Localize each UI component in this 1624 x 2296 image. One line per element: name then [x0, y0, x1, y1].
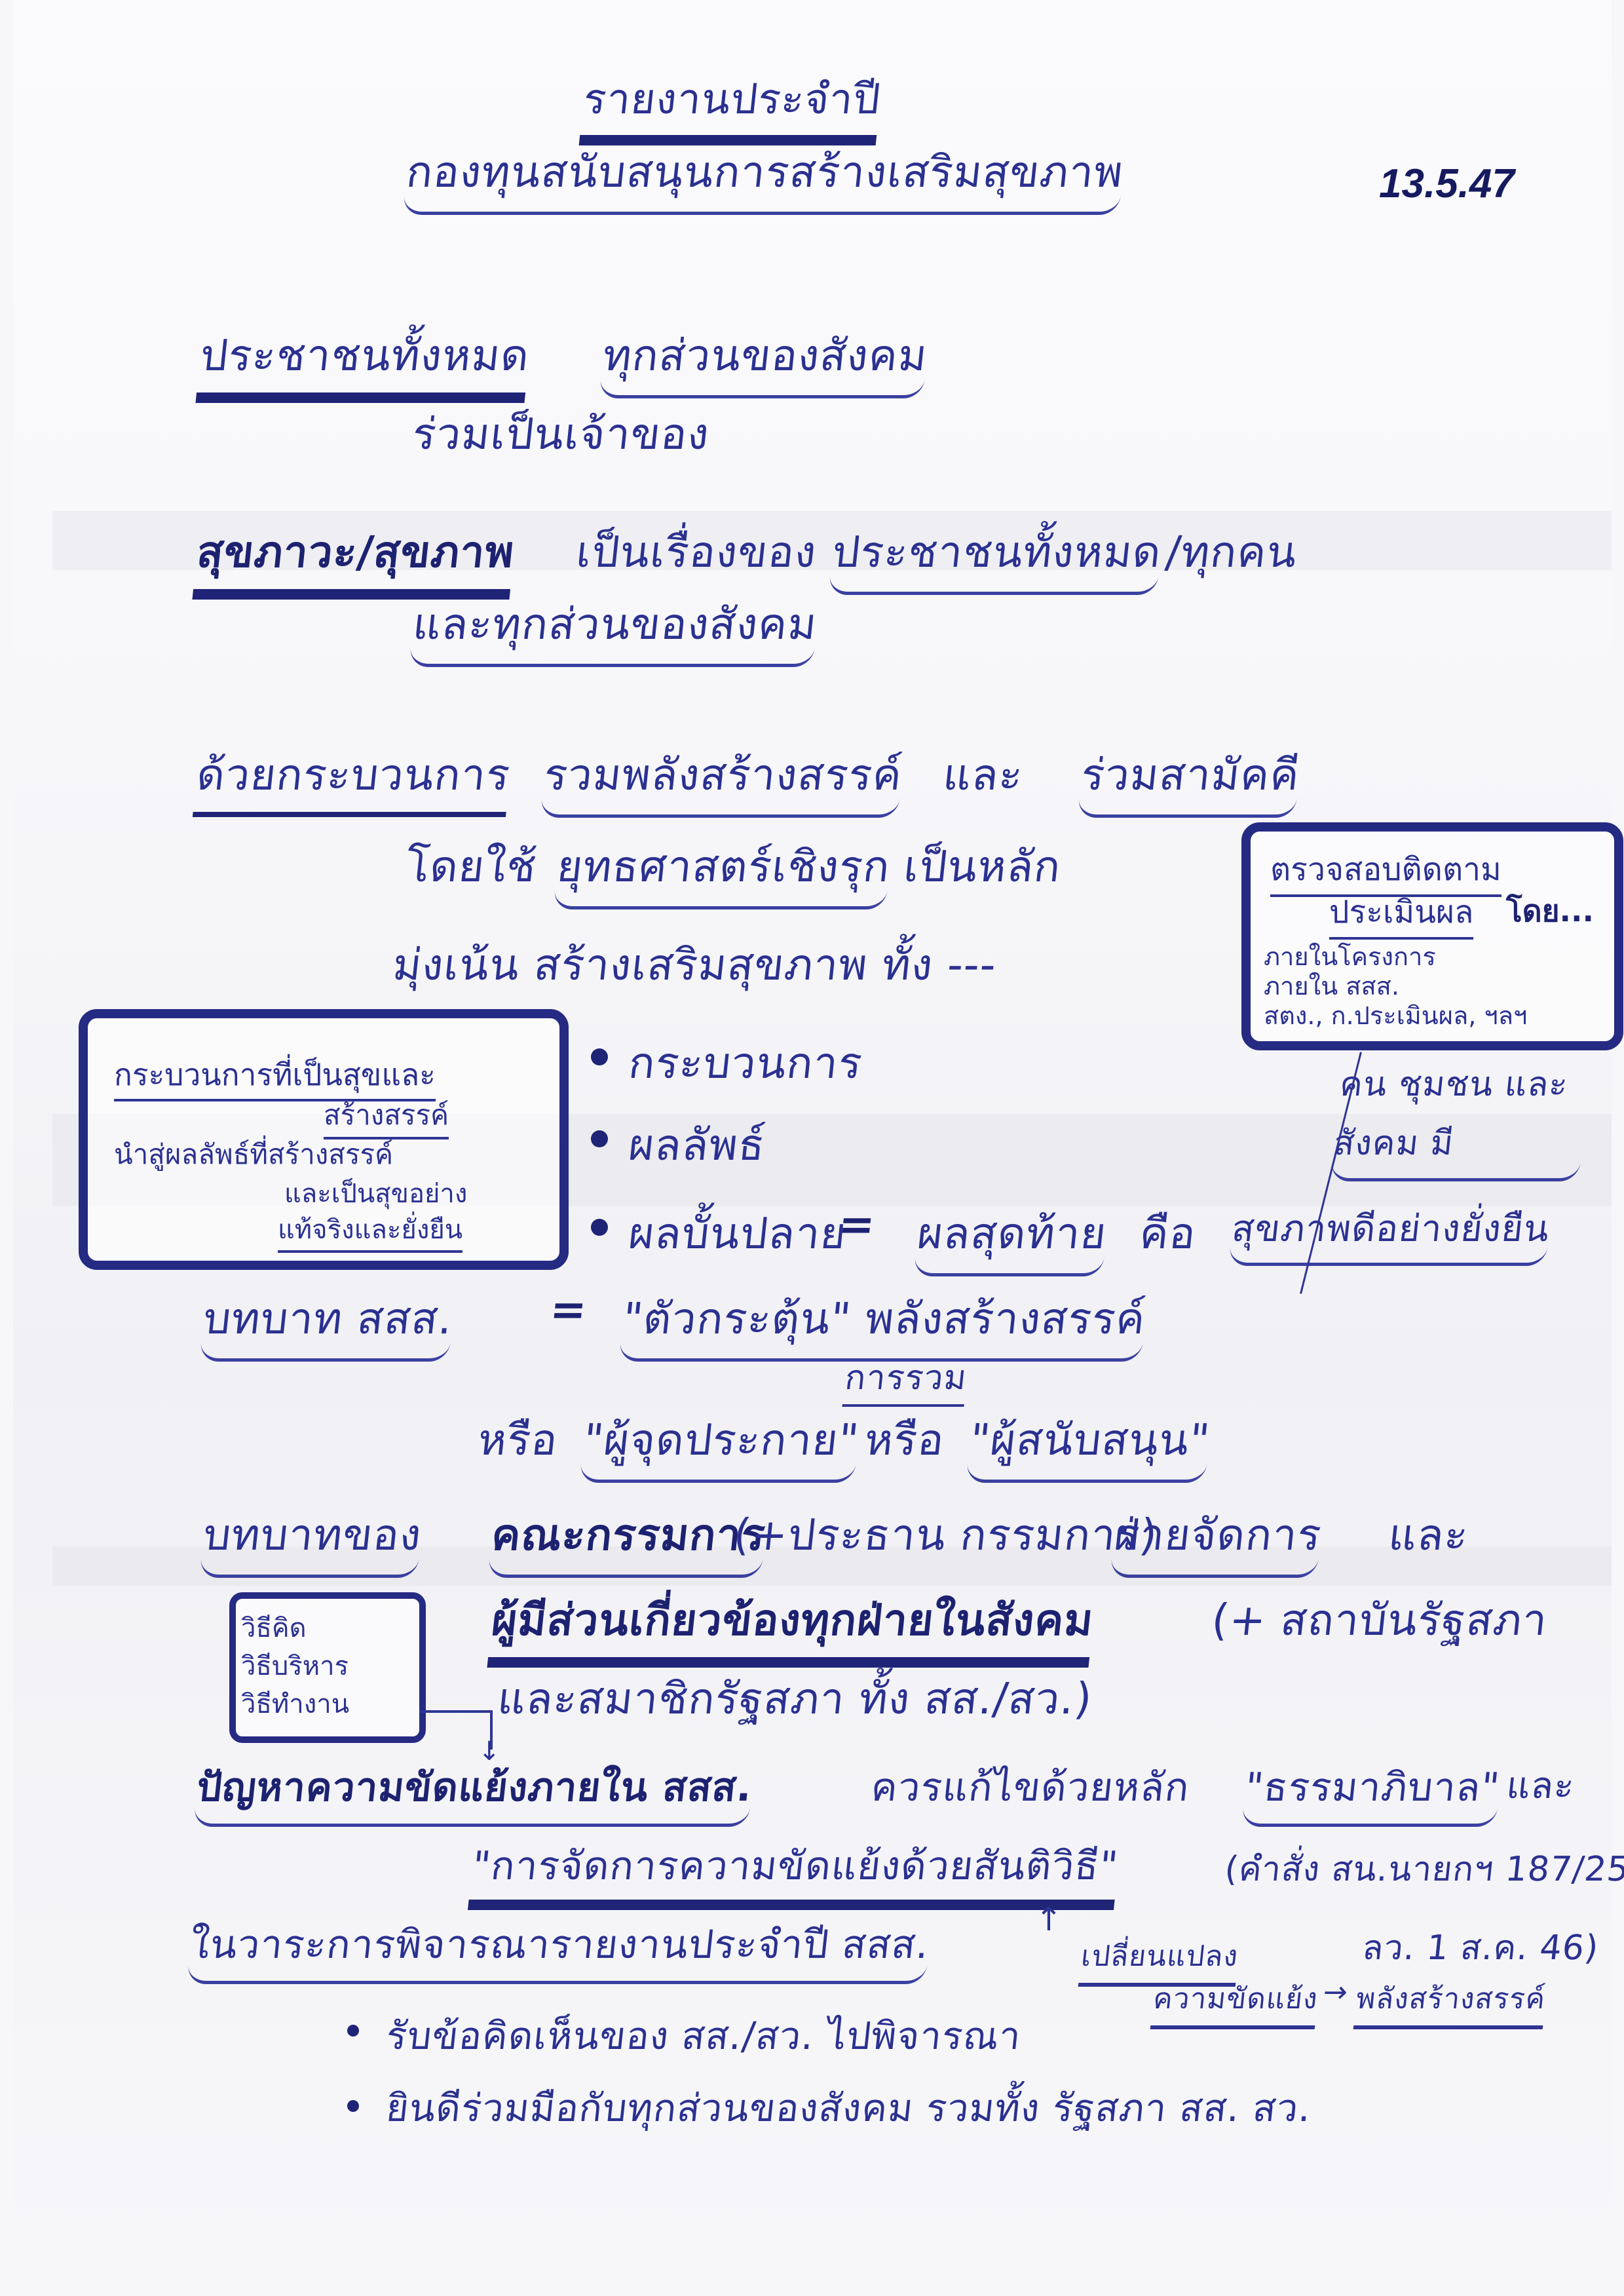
role-label: บทบาท สสส. — [199, 1284, 457, 1362]
change-arrow-icon: → — [1321, 1976, 1350, 2009]
bullet-item-outcome: ผลบั้นปลาย — [625, 1199, 850, 1268]
parliament: (+ สถาบันรัฐสภา — [1208, 1586, 1551, 1655]
arrow-up-icon: ↑ — [1035, 1900, 1063, 1938]
ways-item: วิธีทำงาน — [241, 1683, 349, 1725]
committee-chair: (+ประธาน กรรมการ) — [730, 1501, 1161, 1569]
document-date: 13.5.47 — [1379, 161, 1515, 207]
box-line: แท้จริงและยั่งยืน — [278, 1208, 463, 1253]
process-cooperation: รวมพลังสร้างสรรค์ — [540, 740, 906, 818]
intro-owner: ร่วมเป็นเจ้าของ — [409, 400, 713, 469]
document-subtitle: กองทุนสนับสนุนการสร้างเสริมสุขภาพ — [402, 138, 1127, 215]
intro-society: ทุกส่วนของสังคม — [599, 321, 931, 398]
order-reference-date: ลว. 1 ส.ค. 46) — [1360, 1920, 1602, 1974]
ways-item: วิธีคิด — [241, 1607, 307, 1649]
committee-and: และ — [1385, 1501, 1471, 1569]
order-reference: (คำสั่ง สน.นายกฯ 187/2546 — [1222, 1841, 1624, 1896]
process-main: เป็นหลัก — [900, 832, 1065, 901]
process-focus: มุ่งเน้น สร้างเสริมสุขภาพ ทั้ง --- — [389, 930, 1000, 999]
role-insert: การรวม — [842, 1350, 970, 1407]
people-community-note: คน ชุมชน และ สังคม มี — [1330, 1055, 1592, 1181]
health-society: และทุกส่วนของสังคม — [409, 590, 821, 667]
bullet-icon — [591, 1048, 608, 1065]
bullet-item-process: กระบวนการ — [625, 1029, 865, 1098]
monitoring-subtitle: ประเมินผล — [1329, 887, 1473, 940]
bullet-icon — [347, 2025, 359, 2037]
conclusion-item: ยินดีร่วมมือกับทุกส่วนของสังคม รวมทั้ง ร… — [383, 2077, 1315, 2138]
health-text: เป็นเรื่องของ — [573, 518, 820, 586]
conclusion-item: รับข้อคิดเห็นของ สส./สว. ไปพิจารณา — [383, 2005, 1025, 2066]
process-unity: ร่วมสามัคคี — [1077, 740, 1304, 818]
role-supporter: "ผู้สนับสนุน" — [966, 1406, 1214, 1483]
process-result-box: กระบวนการที่เป็นสุขและ สร้างสรรค์ นำสู่ผ… — [79, 1009, 569, 1270]
peaceful-conflict-management: "การจัดการความขัดแย้งด้วยสันติวิธี" — [468, 1835, 1122, 1910]
arrow-line — [419, 1710, 491, 1713]
change-to: พลังสร้างสรรค์ — [1353, 1976, 1548, 2029]
health-everyone: /ทุกคน — [1162, 518, 1300, 586]
role-igniter: "ผู้จุดประกาย" — [579, 1406, 863, 1483]
intro-people: ประชาชนทั้งหมด — [195, 321, 533, 403]
stakeholders: ผู้มีส่วนเกี่ยวข้องทุกฝ่ายในสังคม — [487, 1586, 1097, 1668]
process-strategy: ยุทธศาสตร์เชิงรุก — [553, 832, 894, 909]
good-governance: "ธรรมาภิบาล" — [1241, 1756, 1503, 1827]
is-word: คือ — [1136, 1199, 1199, 1268]
problem-solution: ควรแก้ไขด้วยหลัก — [868, 1756, 1193, 1818]
parliament-members: และสมาชิกรัฐสภา ทั้ง สส./สว.) — [494, 1664, 1095, 1733]
ways-item: วิธีบริหาร — [241, 1645, 349, 1687]
process-label: ด้วยกระบวนการ — [193, 740, 514, 817]
change-from: ความขัดแย้ง — [1150, 1976, 1321, 2029]
health-label: สุขภาวะ/สุขภาพ — [192, 518, 518, 600]
process-and: และ — [939, 740, 1026, 809]
bullet-item-output: ผลลัพธ์ — [625, 1111, 768, 1179]
equals-sign: = — [836, 1199, 878, 1250]
health-people: ประชาชนทั้งหมด — [828, 518, 1165, 595]
bullet-icon — [591, 1130, 608, 1147]
monitoring-by: โดย... — [1506, 887, 1594, 935]
role-or-2: หรือ — [861, 1406, 948, 1474]
bullet-icon — [347, 2100, 359, 2112]
sustainable-health: สุขภาพดีอย่างยั่งยืน — [1228, 1199, 1553, 1266]
monitoring-box: ตรวจสอบติดตาม ประเมินผล โดย... ภายในโครง… — [1241, 822, 1623, 1050]
conclusion-heading: ในวาระการพิจารณารายงานประจำปี สสส. — [186, 1913, 932, 1984]
monitoring-item: สตง., ก.ประเมินผล, ฯลฯ — [1264, 995, 1527, 1035]
final-result: ผลสุดท้าย — [913, 1199, 1110, 1276]
problem-label: ปัญหาความขัดแย้งภายใน สสส. — [193, 1756, 755, 1827]
bullet-icon — [591, 1219, 608, 1236]
committee-label: บทบาทของ — [199, 1501, 425, 1578]
committee-board: คณะกรรมการ — [487, 1501, 769, 1578]
problem-and: และ — [1503, 1756, 1577, 1814]
box-line: นำสู่ผลลัพธ์ที่สร้างสรรค์ — [114, 1133, 393, 1176]
ways-box: วิธีคิด วิธีบริหาร วิธีทำงาน — [229, 1592, 426, 1743]
role-or: หรือ — [474, 1406, 561, 1474]
document-title: รายงานประจำปี — [579, 66, 884, 145]
role-equals: = — [548, 1284, 590, 1335]
process-using: โดยใช้ — [402, 832, 540, 901]
committee-management: ฝ่ายจัดการ — [1110, 1501, 1325, 1578]
